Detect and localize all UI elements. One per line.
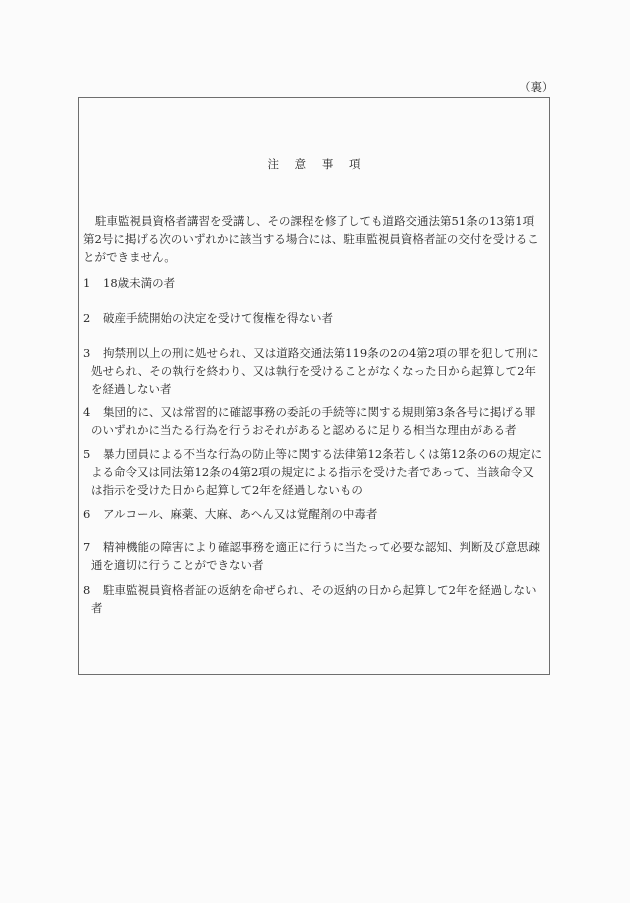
notice-item-3: 3拘禁刑以上の刑に処せられ、又は道路交通法第119条の2の4第2項の罪を犯して刑… xyxy=(83,344,545,398)
item-text: アルコール、麻薬、大麻、あへん又は覚醒剤の中毒者 xyxy=(103,507,377,521)
item-number: 3 xyxy=(83,344,103,362)
title-char: 事 xyxy=(322,157,334,171)
item-text: 破産手続開始の決定を受けて復権を得ない者 xyxy=(103,311,333,325)
notice-frame: 注 意 事 項 駐車監視員資格者講習を受講し、その課程を修了しても道路交通法第5… xyxy=(78,97,550,675)
item-number: 7 xyxy=(83,538,103,556)
notice-item-5: 5暴力団員による不当な行為の防止等に関する法律第12条若しくは第12条の6の規定… xyxy=(83,445,545,499)
item-number: 8 xyxy=(83,581,103,599)
item-number: 6 xyxy=(83,505,103,523)
item-number: 4 xyxy=(83,403,103,421)
item-text: 拘禁刑以上の刑に処せられ、又は道路交通法第119条の2の4第2項の罪を犯して刑に… xyxy=(91,346,539,396)
title-char: 注 xyxy=(268,157,280,171)
back-side-label: （裏） xyxy=(519,79,554,95)
item-number: 5 xyxy=(83,445,103,463)
title-char: 項 xyxy=(349,157,361,171)
notice-item-8: 8駐車監視員資格者証の返納を命ぜられ、その返納の日から起算して2年を経過しない者 xyxy=(83,581,545,617)
item-text: 暴力団員による不当な行為の防止等に関する法律第12条若しくは第12条の6の規定に… xyxy=(91,447,542,497)
item-text: 駐車監視員資格者証の返納を命ぜられ、その返納の日から起算して2年を経過しない者 xyxy=(91,583,537,615)
item-number: 2 xyxy=(83,309,103,327)
notice-item-7: 7精神機能の障害により確認事務を適正に行うに当たって必要な認知、判断及び意思疎通… xyxy=(83,538,545,574)
notice-item-1: 118歳未満の者 xyxy=(83,274,545,292)
item-number: 1 xyxy=(83,274,103,292)
notice-title: 注 意 事 項 xyxy=(79,156,549,172)
notice-item-4: 4集団的に、又は常習的に確認事務の委託の手続等に関する規則第3条各号に掲げる罪の… xyxy=(83,403,545,439)
item-text: 集団的に、又は常習的に確認事務の委託の手続等に関する規則第3条各号に掲げる罪のい… xyxy=(91,405,536,437)
notice-item-6: 6アルコール、麻薬、大麻、あへん又は覚醒剤の中毒者 xyxy=(83,505,545,523)
notice-intro: 駐車監視員資格者講習を受講し、その課程を修了しても道路交通法第51条の13第1項… xyxy=(83,212,545,266)
title-char: 意 xyxy=(295,157,307,171)
notice-item-2: 2破産手続開始の決定を受けて復権を得ない者 xyxy=(83,309,545,327)
item-text: 精神機能の障害により確認事務を適正に行うに当たって必要な認知、判断及び意思疎通を… xyxy=(91,540,540,572)
item-text: 18歳未満の者 xyxy=(103,276,175,290)
